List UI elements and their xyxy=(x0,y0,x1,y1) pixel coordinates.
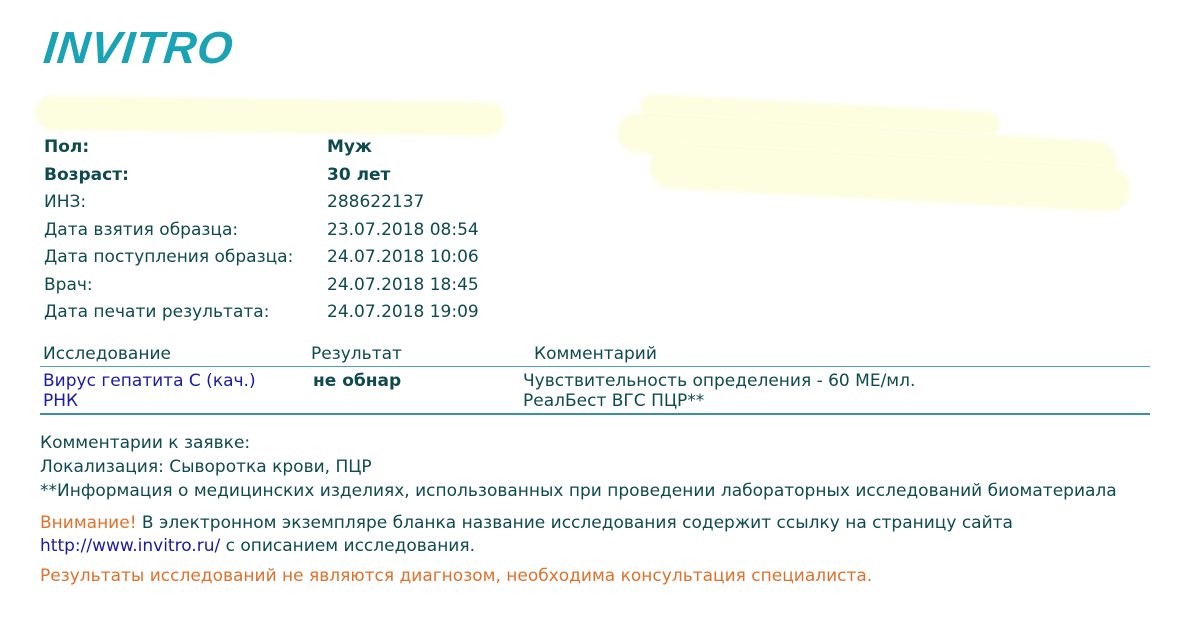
info-value: 23.07.2018 08:54 xyxy=(327,217,479,245)
info-value: 24.07.2018 10:06 xyxy=(327,244,479,272)
results-table: Исследование Результат Комментарий Вирус… xyxy=(40,342,1150,415)
notice: Внимание! В электронном экземпляре бланк… xyxy=(40,512,1013,558)
info-label: Врач: xyxy=(44,272,327,300)
table-header: Исследование Результат Комментарий xyxy=(40,342,1150,367)
study-name-line2[interactable]: РНК xyxy=(43,391,78,411)
notice-text: В электронном экземпляре бланка название… xyxy=(137,513,1013,533)
info-label: Дата поступления образца: xyxy=(44,244,327,272)
info-label: ИНЗ: xyxy=(44,189,327,217)
redacted-patient-name xyxy=(35,96,505,137)
info-row-sex: Пол: Муж xyxy=(44,134,479,162)
info-label: Дата взятия образца: xyxy=(44,217,327,245)
notice-link-suffix: с описанием исследования. xyxy=(220,536,475,556)
info-row-doctor: Врач: 24.07.2018 18:45 xyxy=(44,272,479,300)
info-row-print-date: Дата печати результата: 24.07.2018 19:09 xyxy=(44,299,479,327)
comments-title: Комментарии к заявке: xyxy=(40,431,1117,455)
order-comments: Комментарии к заявке: Локализация: Сывор… xyxy=(40,431,1117,503)
study-name[interactable]: Вирус гепатита С (кач.) xyxy=(43,371,256,391)
info-value: 24.07.2018 18:45 xyxy=(327,272,479,300)
study-link[interactable]: Вирус гепатита С (кач.) РНК xyxy=(40,371,313,413)
result-value: не обнар xyxy=(313,371,523,413)
result-comment: Чувствительность определения - 60 МЕ/мл.… xyxy=(523,371,915,413)
info-value: Муж xyxy=(327,134,372,162)
attention-label: Внимание! xyxy=(40,513,137,533)
info-row-age: Возраст: 30 лет xyxy=(44,162,479,190)
info-value: 288622137 xyxy=(327,189,424,217)
invitro-site-link[interactable]: http://www.invitro.ru/ xyxy=(40,536,220,556)
info-row-received-date: Дата поступления образца: 24.07.2018 10:… xyxy=(44,244,479,272)
comments-footnote: **Информация о медицинских изделиях, исп… xyxy=(40,479,1117,503)
header-study: Исследование xyxy=(40,342,311,366)
invitro-logo: INVITRO xyxy=(41,22,236,74)
info-label: Дата печати результата: xyxy=(44,299,327,327)
header-comment: Комментарий xyxy=(534,342,657,366)
patient-info: Пол: Муж Возраст: 30 лет ИНЗ: 288622137 … xyxy=(44,134,479,327)
comment-line2: РеалБест ВГС ПЦР** xyxy=(523,391,704,411)
info-label: Возраст: xyxy=(44,162,327,190)
table-row: Вирус гепатита С (кач.) РНК не обнар Чув… xyxy=(40,367,1150,415)
comment-line1: Чувствительность определения - 60 МЕ/мл. xyxy=(523,371,915,391)
info-row-inz: ИНЗ: 288622137 xyxy=(44,189,479,217)
info-label: Пол: xyxy=(44,134,327,162)
info-value: 24.07.2018 19:09 xyxy=(327,299,479,327)
info-value: 30 лет xyxy=(327,162,390,190)
header-result: Результат xyxy=(311,342,534,366)
comments-localization: Локализация: Сыворотка крови, ПЦР xyxy=(40,455,1117,479)
disclaimer: Результаты исследований не являются диаг… xyxy=(40,566,872,586)
info-row-sample-date: Дата взятия образца: 23.07.2018 08:54 xyxy=(44,217,479,245)
